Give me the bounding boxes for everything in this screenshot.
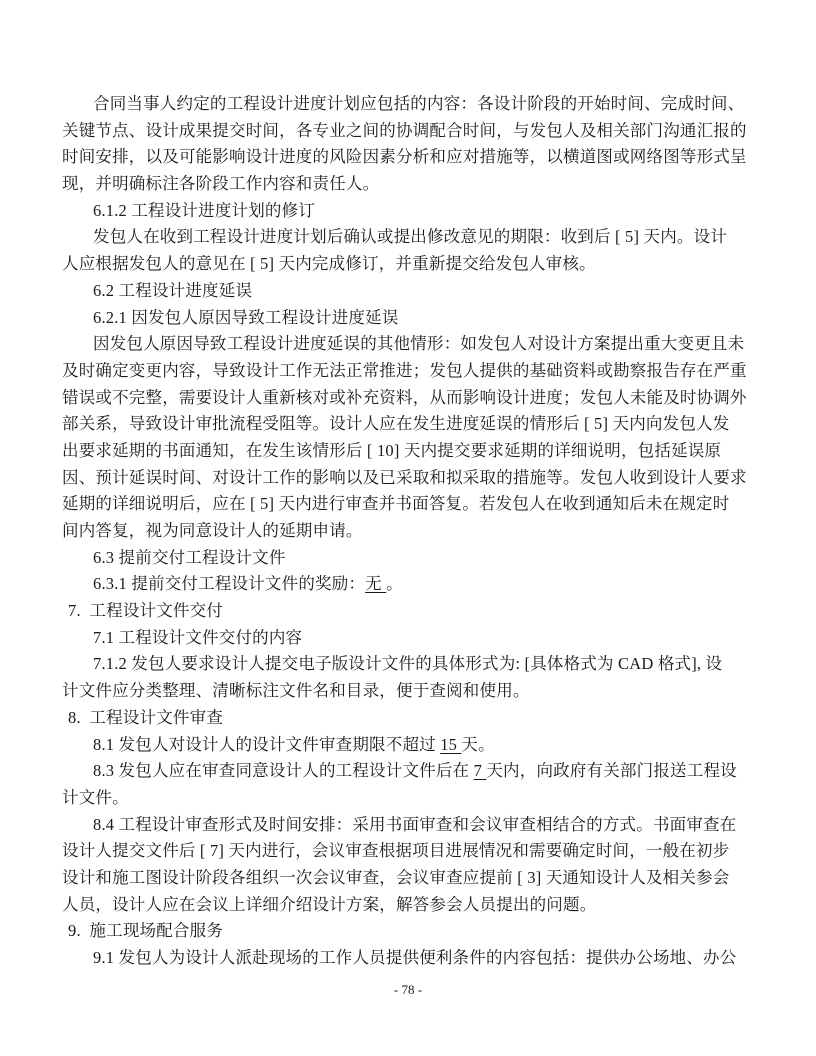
clause-8-4: 8.4 工程设计审查形式及时间安排：采用书面审查和会议审查相结合的方式。书面审查… [93, 812, 754, 839]
paragraph-line: 设计人提交文件后 [ 7] 天内进行，会议审查根据项目进展情况和需要确定时间，一… [62, 838, 754, 865]
text-segment: 发包人在收到工程设计进度计划后确认或提出修改意见的期限：收到后 [ 5] 天内。… [93, 227, 727, 246]
text-segment: 关键节点、设计成果提交时间，各专业之间的协调配合时间，与发包人及相关部门沟通汇报… [62, 121, 747, 140]
text-segment: 。 [386, 574, 403, 593]
filled-blank: 7 [474, 761, 487, 780]
filled-blank: 无 [365, 574, 386, 593]
text-segment: 9. 施工现场配合服务 [68, 921, 223, 940]
paragraph-line: 人应根据发包人的意见在 [ 5] 天内完成修订，并重新提交给发包人审核。 [62, 251, 754, 278]
paragraph-line: 时间安排，以及可能影响设计进度的风险因素分析和应对措施等，以横道图或网络图等形式… [62, 144, 754, 171]
clause-heading-6-2: 6.2 工程设计进度延误 [93, 278, 754, 305]
paragraph-line: 延期的详细说明后，应在 [ 5] 天内进行审查并书面答复。若发包人在收到通知后未… [62, 491, 754, 518]
text-segment: 间内答复，视为同意设计人的延期申请。 [62, 521, 363, 540]
text-segment: 设计人提交文件后 [ 7] 天内进行，会议审查根据项目进展情况和需要确定时间，一… [62, 841, 729, 860]
text-segment: 人员，设计人应在会议上详细介绍设计方案，解答参会人员提出的问题。 [62, 895, 596, 914]
paragraph-line: 合同当事人约定的工程设计进度计划应包括的内容：各设计阶段的开始时间、完成时间、 [93, 91, 754, 118]
clause-heading-6-2-1: 6.2.1 因发包人原因导致工程设计进度延误 [93, 305, 754, 332]
page-number: - 78 - [0, 982, 816, 998]
text-segment: 时间安排，以及可能影响设计进度的风险因素分析和应对措施等，以横道图或网络图等形式… [62, 147, 747, 166]
text-segment: 6.2 工程设计进度延误 [93, 281, 252, 300]
text-segment: 7. 工程设计文件交付 [68, 601, 223, 620]
text-segment: 因、预计延误时间、对设计工作的影响以及已采取和拟采取的措施等。发包人收到设计人要… [62, 468, 747, 487]
text-segment: 现，并明确标注各阶段工作内容和责任人。 [62, 174, 379, 193]
text-segment: 设计和施工图设计阶段各组织一次会议审查，会议审查应提前 [ 3] 天通知设计人及… [62, 868, 729, 887]
paragraph-line: 设计和施工图设计阶段各组织一次会议审查，会议审查应提前 [ 3] 天通知设计人及… [62, 865, 754, 892]
clause-heading-6-3: 6.3 提前交付工程设计文件 [93, 545, 754, 572]
section-heading-8: 8. 工程设计文件审查 [68, 705, 754, 732]
text-segment: 错误或不完整，需要设计人重新核对或补充资料，从而影响设计进度；发包人未能及时协调… [62, 388, 747, 407]
text-segment: 天。 [461, 735, 494, 754]
text-segment: 8.3 发包人应在审查同意设计人的工程设计文件后在 [93, 761, 474, 780]
paragraph-line: 部关系，导致设计审批流程受阻等。设计人应在发生进度延误的情形后 [ 5] 天内向… [62, 411, 754, 438]
text-segment: 7.1.2 发包人要求设计人提交电子版设计文件的具体形式为: [具体格式为 CA… [93, 654, 722, 673]
section-heading-7: 7. 工程设计文件交付 [68, 598, 754, 625]
text-segment: 6.3 提前交付工程设计文件 [93, 548, 286, 567]
paragraph-line: 现，并明确标注各阶段工作内容和责任人。 [62, 171, 754, 198]
text-segment: 9.1 发包人为设计人派赴现场的工作人员提供便利条件的内容包括：提供办公场地、办… [93, 948, 736, 967]
filled-blank: 15 [440, 735, 461, 754]
text-segment: 计文件应分类整理、清晰标注文件名和目录，便于查阅和使用。 [62, 681, 530, 700]
text-segment: 合同当事人约定的工程设计进度计划应包括的内容：各设计阶段的开始时间、完成时间、 [93, 94, 744, 113]
text-segment: 延期的详细说明后，应在 [ 5] 天内进行审查并书面答复。若发包人在收到通知后未… [62, 494, 729, 513]
clause-heading-6-1-2: 6.1.2 工程设计进度计划的修订 [93, 198, 754, 225]
paragraph-line: 出要求延期的书面通知，在发生该情形后 [ 10] 天内提交要求延期的详细说明，包… [62, 438, 754, 465]
text-segment: 6.3.1 提前交付工程设计文件的奖励： [93, 574, 365, 593]
document-body: 合同当事人约定的工程设计进度计划应包括的内容：各设计阶段的开始时间、完成时间、关… [62, 91, 754, 972]
text-segment: 天内，向政府有关部门报送工程设 [486, 761, 737, 780]
text-segment: 8. 工程设计文件审查 [68, 708, 223, 727]
text-segment: 人应根据发包人的意见在 [ 5] 天内完成修订，并重新提交给发包人审核。 [62, 254, 596, 273]
paragraph-line: 计文件应分类整理、清晰标注文件名和目录，便于查阅和使用。 [62, 678, 754, 705]
paragraph-line: 人员，设计人应在会议上详细介绍设计方案，解答参会人员提出的问题。 [62, 892, 754, 919]
clause-heading-7-1: 7.1 工程设计文件交付的内容 [93, 625, 754, 652]
text-segment: 6.1.2 工程设计进度计划的修订 [93, 201, 315, 220]
section-heading-9: 9. 施工现场配合服务 [68, 918, 754, 945]
clause-8-3: 8.3 发包人应在审查同意设计人的工程设计文件后在 7 天内，向政府有关部门报送… [93, 758, 754, 785]
text-segment: 计文件。 [62, 788, 129, 807]
paragraph-line: 发包人在收到工程设计进度计划后确认或提出修改意见的期限：收到后 [ 5] 天内。… [93, 224, 754, 251]
paragraph-line: 7.1.2 发包人要求设计人提交电子版设计文件的具体形式为: [具体格式为 CA… [93, 651, 754, 678]
paragraph-line: 及时确定变更内容，导致设计工作无法正常推进；发包人提供的基础资料或勘察报告存在严… [62, 358, 754, 385]
clause-9-1: 9.1 发包人为设计人派赴现场的工作人员提供便利条件的内容包括：提供办公场地、办… [93, 945, 754, 972]
text-segment: 8.4 工程设计审查形式及时间安排：采用书面审查和会议审查相结合的方式。书面审查… [93, 815, 736, 834]
text-segment: 7.1 工程设计文件交付的内容 [93, 628, 302, 647]
text-segment: 部关系，导致设计审批流程受阻等。设计人应在发生进度延误的情形后 [ 5] 天内向… [62, 414, 729, 433]
text-segment: 6.2.1 因发包人原因导致工程设计进度延误 [93, 308, 399, 327]
text-segment: 及时确定变更内容，导致设计工作无法正常推进；发包人提供的基础资料或勘察报告存在严… [62, 361, 747, 380]
paragraph-line: 因、预计延误时间、对设计工作的影响以及已采取和拟采取的措施等。发包人收到设计人要… [62, 465, 754, 492]
paragraph-line: 计文件。 [62, 785, 754, 812]
document-page: 合同当事人约定的工程设计进度计划应包括的内容：各设计阶段的开始时间、完成时间、关… [0, 0, 816, 1056]
paragraph-line: 关键节点、设计成果提交时间，各专业之间的协调配合时间，与发包人及相关部门沟通汇报… [62, 118, 754, 145]
paragraph-line: 因发包人原因导致工程设计进度延误的其他情形：如发包人对设计方案提出重大变更且未 [93, 331, 754, 358]
clause-6-3-1: 6.3.1 提前交付工程设计文件的奖励：无 。 [93, 571, 754, 598]
text-segment: 出要求延期的书面通知，在发生该情形后 [ 10] 天内提交要求延期的详细说明，包… [62, 441, 721, 460]
clause-8-1: 8.1 发包人对设计人的设计文件审查期限不超过 15 天。 [93, 732, 754, 759]
paragraph-line: 错误或不完整，需要设计人重新核对或补充资料，从而影响设计进度；发包人未能及时协调… [62, 385, 754, 412]
text-segment: 8.1 发包人对设计人的设计文件审查期限不超过 [93, 735, 440, 754]
paragraph-line: 间内答复，视为同意设计人的延期申请。 [62, 518, 754, 545]
text-segment: 因发包人原因导致工程设计进度延误的其他情形：如发包人对设计方案提出重大变更且未 [93, 334, 744, 353]
